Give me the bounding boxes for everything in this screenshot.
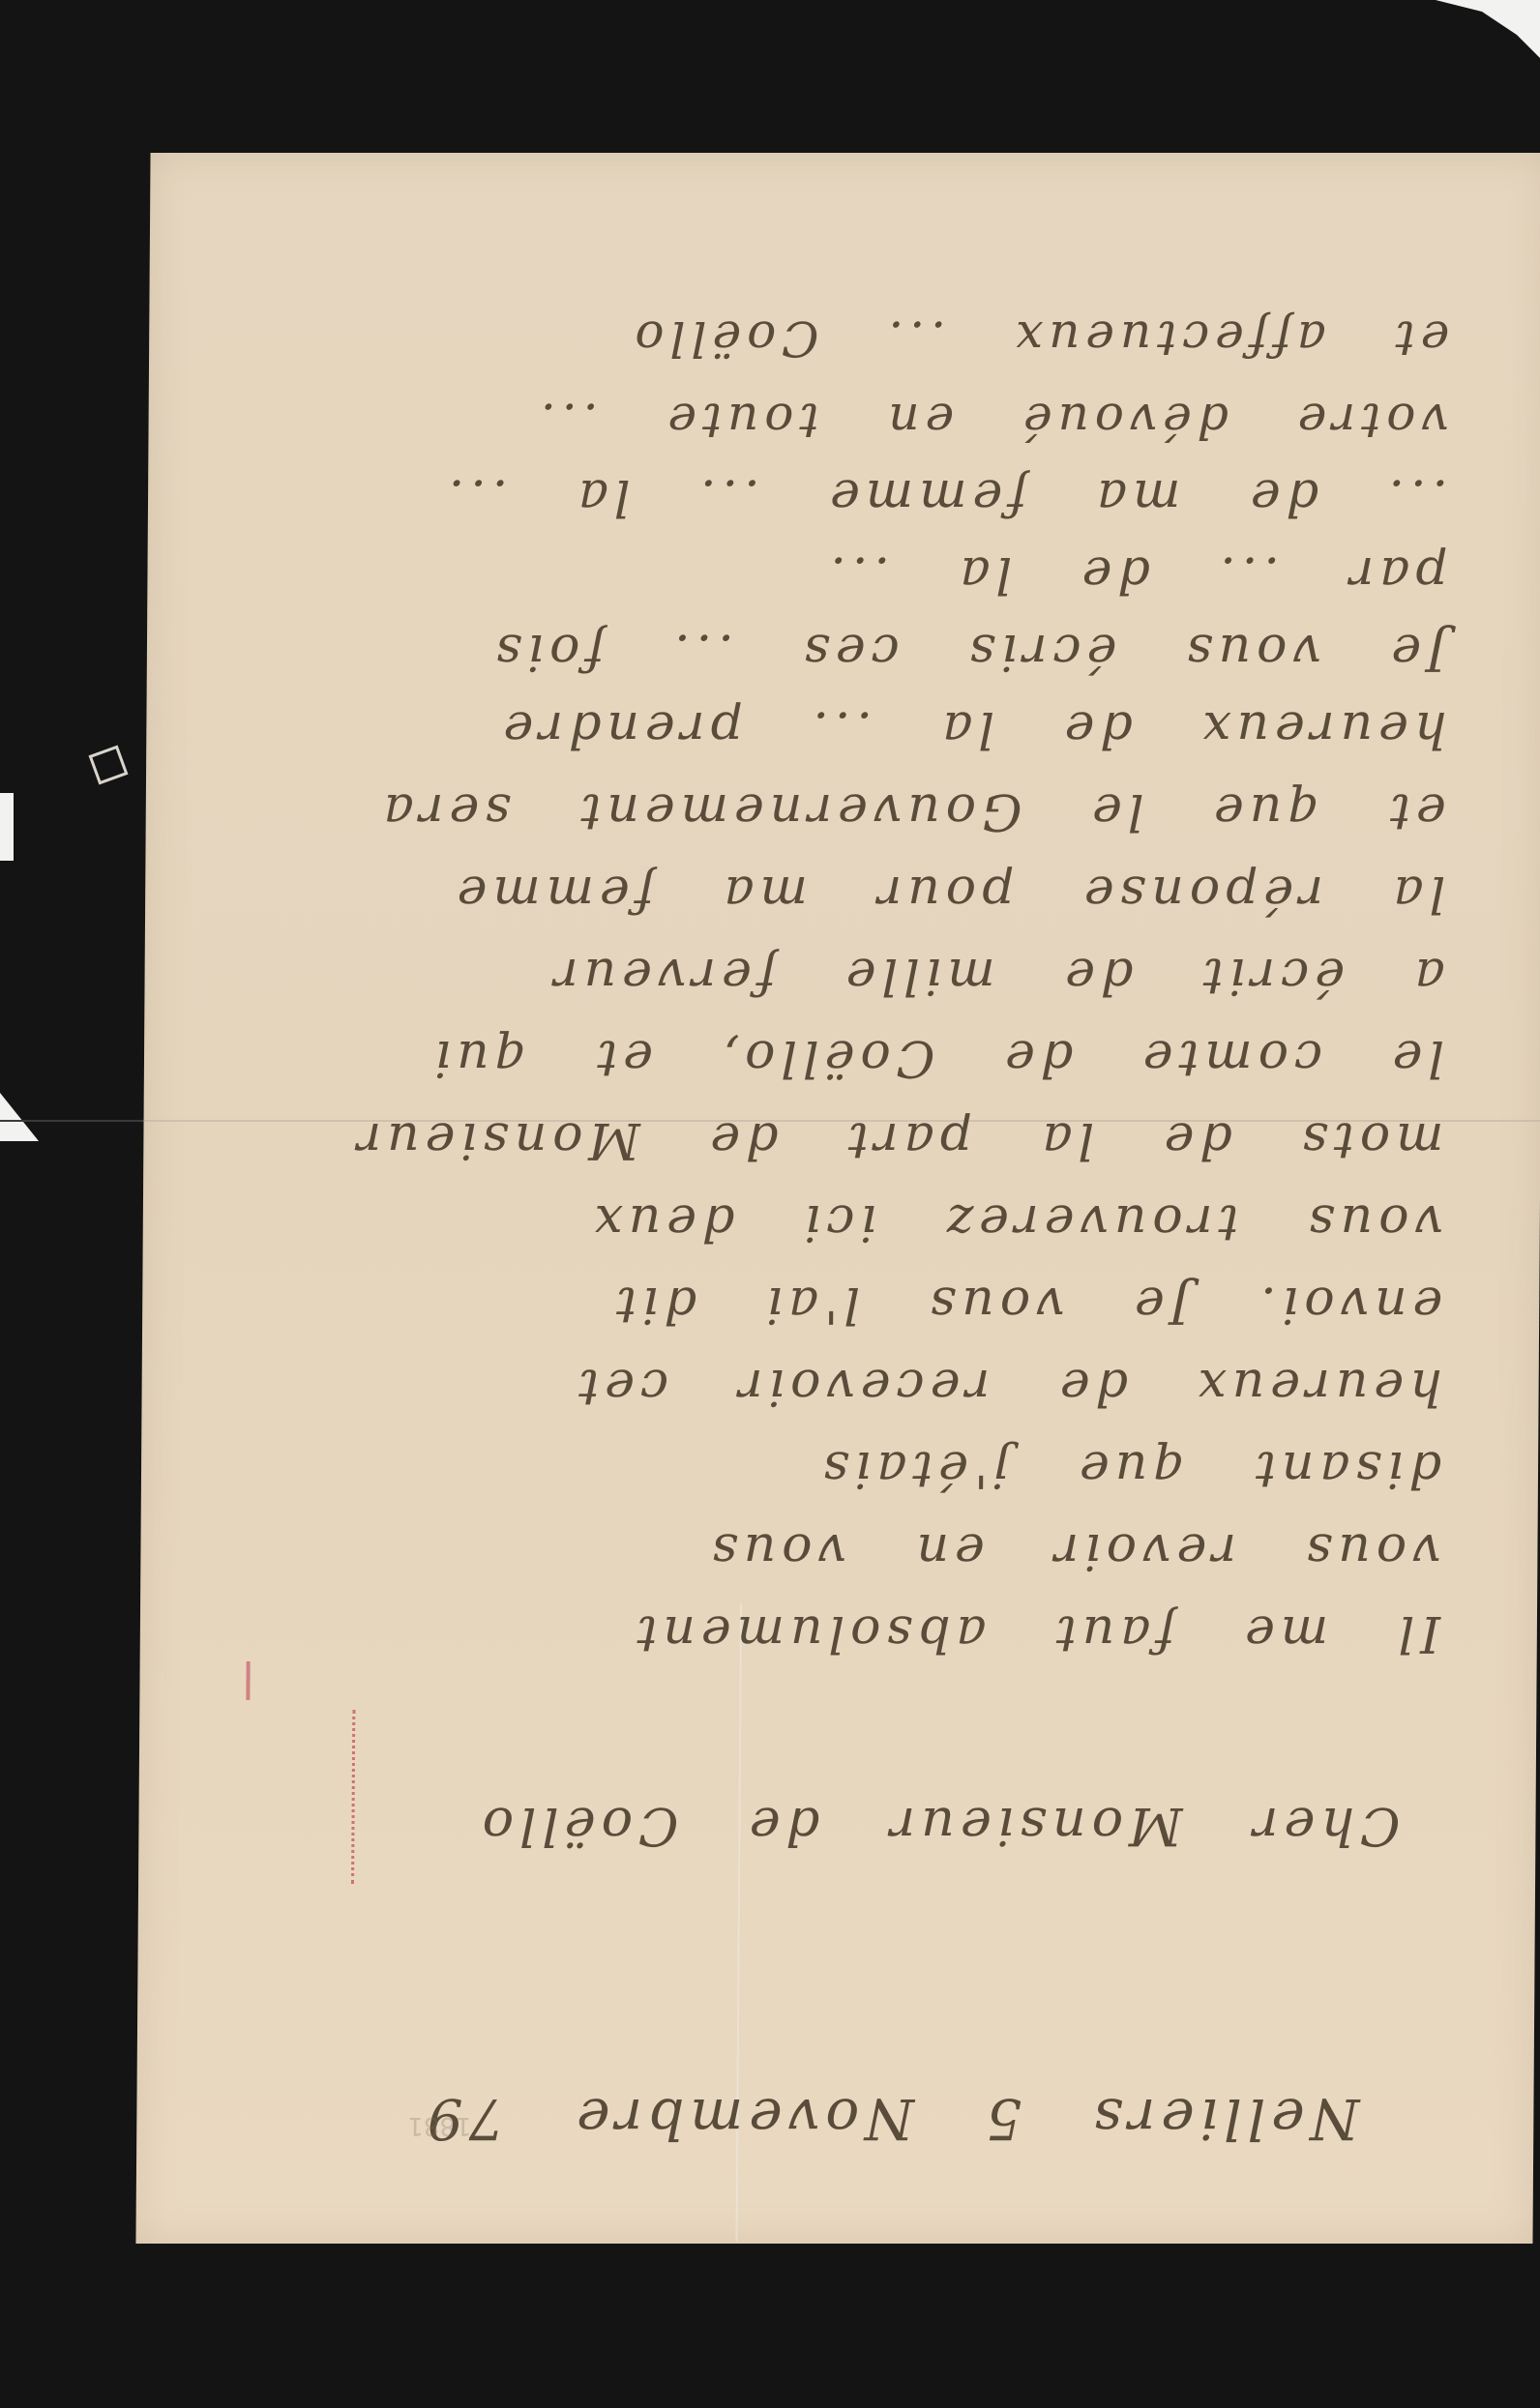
torn-square-hole — [88, 745, 128, 784]
closing-line: et affectueux ... Coëllo — [255, 314, 1449, 363]
fold-crease — [0, 1120, 155, 1122]
letter-paper: Nelliers 5 Novembre 79 Cher Monsieur de … — [135, 153, 1540, 2244]
show-through-stamp: 1881 — [407, 2111, 471, 2140]
body-line: ... de ma femme ... la ... — [254, 472, 1448, 522]
torn-corner — [1424, 0, 1540, 58]
body-line: heureux de la ... prendre — [252, 704, 1446, 754]
body-line: par ... de la ... — [253, 549, 1447, 600]
body-line: et que le Gouvernement sera — [252, 786, 1446, 837]
body-line: le comte de Coëllo, et qui — [251, 1033, 1444, 1083]
body-line: heureux de recevoir cet — [248, 1362, 1441, 1412]
torn-edge — [0, 1093, 39, 1141]
body-line: mots de la part de Monsieur — [250, 1115, 1443, 1165]
letter-content: Nelliers 5 Novembre 79 Cher Monsieur de … — [135, 153, 1540, 2244]
body-line: Il me faut absolument — [247, 1608, 1440, 1659]
body-line: la réponse pour ma femme — [252, 868, 1445, 919]
body-line: a écrit de mille ferveur — [251, 951, 1444, 1001]
body-line: disant que j'étais — [248, 1444, 1441, 1494]
torn-edge — [0, 793, 14, 861]
red-ink-mark — [351, 1710, 363, 1884]
red-ink-mark — [246, 1661, 250, 1700]
body-line: Je vous écris ces ... fois — [253, 627, 1447, 677]
body-line: vous revoir en vous — [247, 1526, 1440, 1576]
body-line: vous trouverez ici deux — [250, 1197, 1443, 1248]
salutation: Cher Monsieur de Coëllo — [245, 1800, 1400, 1852]
closing-line: votre dévoué en toute ... — [254, 396, 1448, 445]
body-line: envoi. Je vous l'ai dit — [249, 1279, 1442, 1330]
